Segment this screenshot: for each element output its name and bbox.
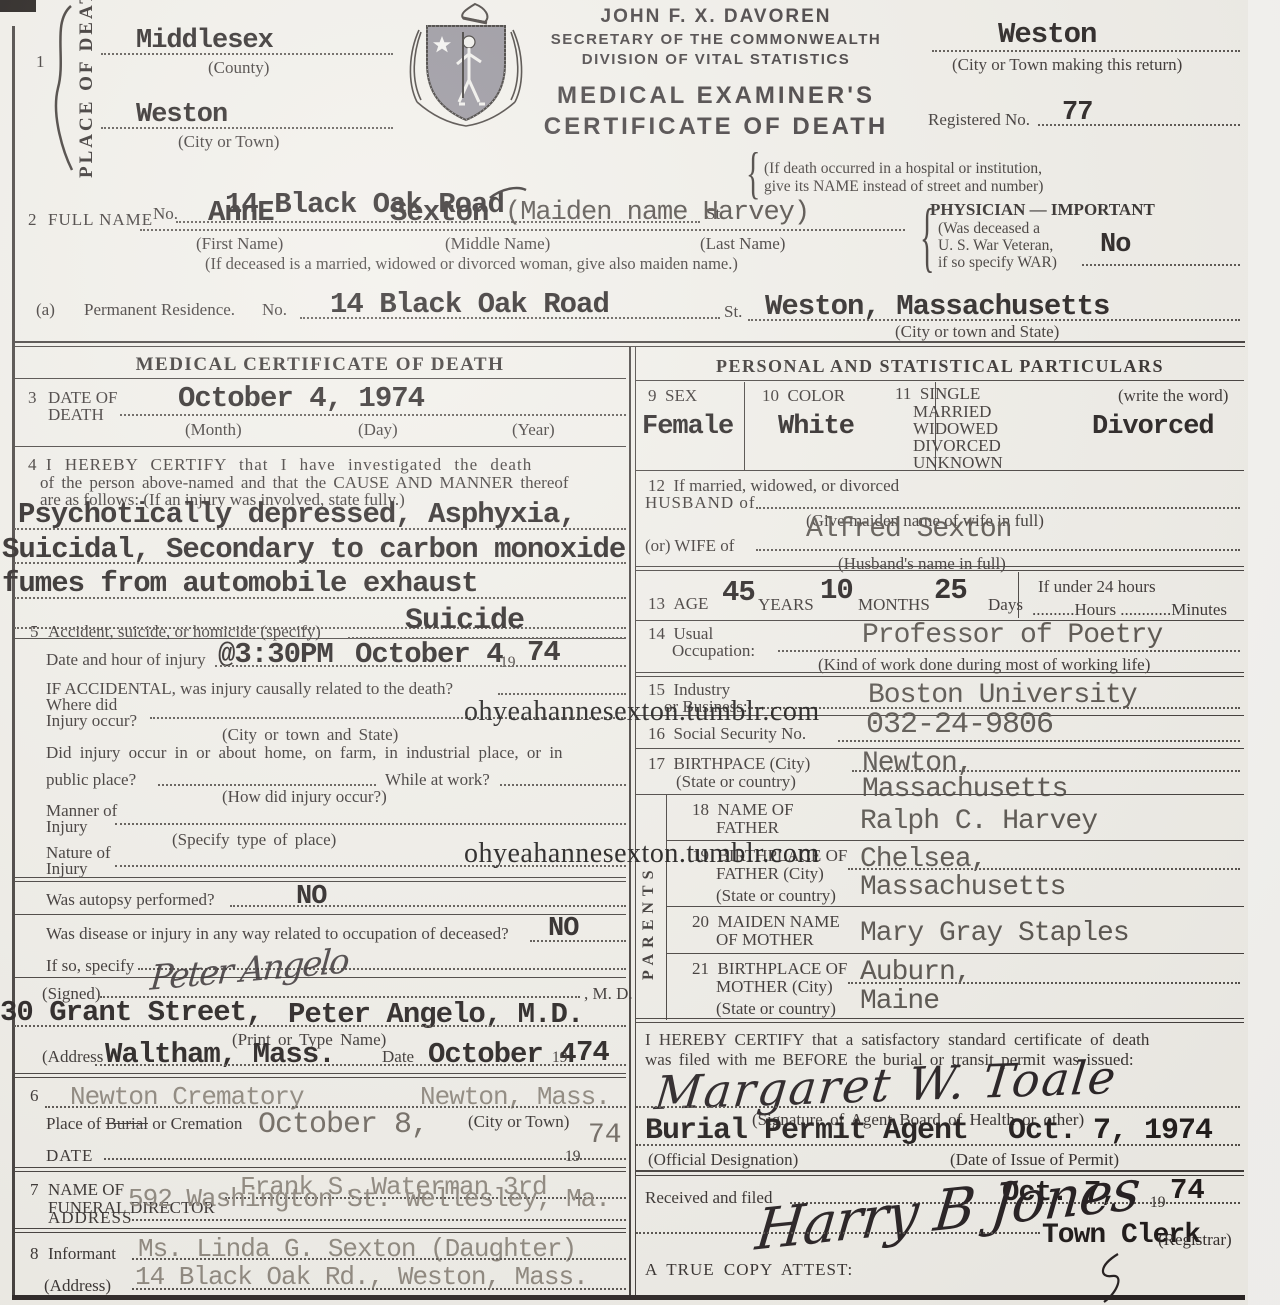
dotted-line — [530, 940, 626, 942]
funeral-address-value: 592 Washington St. Wellesley, Ma. — [128, 1184, 610, 1214]
marital-item-label: 11 SINGLE — [895, 384, 980, 404]
place-of-death-brace — [48, 4, 74, 172]
disposition-label: Place of Burial or Cremation — [46, 1114, 242, 1134]
day-label: (Day) — [358, 420, 398, 440]
dotted-line — [838, 740, 1240, 742]
rule — [14, 446, 626, 447]
city-value: Weston — [136, 100, 227, 130]
burial-struck-label: Burial — [105, 1114, 148, 1133]
registered-no-label: Registered No. — [928, 110, 1030, 130]
secretary-name: JOHN F. X. DAVOREN — [540, 6, 892, 28]
return-city-label: (City or Town making this return) — [952, 55, 1182, 75]
veteran-line1: (Was deceased a — [938, 220, 1040, 238]
marital-value: Divorced — [1092, 412, 1214, 442]
date-of-death-label2: DEATH — [48, 405, 104, 425]
cell-divider — [1018, 572, 1019, 618]
dotted-line — [498, 693, 626, 695]
occupation-value: Professor of Poetry — [862, 620, 1162, 651]
death-certificate-document: 1 PLACE OF DEATH Middlesex (County) West… — [0, 0, 1280, 1305]
maiden-hint: (If deceased is a married, widowed or di… — [205, 254, 738, 274]
months-label: MONTHS — [858, 595, 930, 615]
county-label: (County) — [208, 58, 269, 78]
dotted-line — [101, 53, 393, 55]
rule — [14, 1077, 626, 1078]
rule — [14, 877, 626, 878]
hours-minutes-label: ..........Hours ............Minutes — [1032, 600, 1227, 620]
dotted-line — [636, 1106, 1240, 1108]
public-place-label: public place? — [46, 770, 136, 790]
veteran-value: No — [1100, 230, 1130, 260]
veteran-brace: { — [920, 195, 934, 283]
funeral-label1: NAME OF — [48, 1180, 124, 1200]
month-label: (Month) — [185, 420, 242, 440]
disposition-date-label: DATE — [46, 1146, 93, 1166]
watermark-text: ohyeahannesexton.tumblr.com — [464, 838, 820, 870]
dotted-line — [300, 317, 720, 319]
autopsy-label: Was autopsy performed? — [46, 890, 215, 910]
dotted-line — [95, 1064, 626, 1066]
first-name-label: (First Name) — [196, 234, 283, 254]
mother-bp-label1: 21 BIRTHPLACE OF — [692, 959, 847, 979]
rule — [12, 341, 1245, 343]
dotted-line — [101, 127, 393, 129]
dotted-line — [132, 1219, 626, 1221]
dotted-line — [215, 665, 626, 667]
dotted-line — [104, 1158, 626, 1160]
dotted-line — [230, 905, 626, 907]
rule — [636, 672, 1244, 673]
residence-item: (a) — [36, 300, 55, 320]
parents-divider — [666, 794, 667, 1020]
husband-of-label: HUSBAND of — [645, 493, 756, 513]
division-title: DIVISION OF VITAL STATISTICS — [524, 51, 908, 68]
under24-label: If under 24 hours — [1038, 577, 1156, 597]
middle-name-label: (Middle Name) — [445, 234, 550, 254]
received-label: Received and filed — [645, 1188, 772, 1208]
rule — [636, 570, 1244, 571]
item-5-number: 5 — [30, 622, 39, 642]
full-name-label: FULL NAME — [48, 210, 153, 230]
rule — [636, 1175, 1244, 1176]
dotted-line — [140, 229, 905, 231]
while-at-work-label: While at work? — [385, 770, 490, 790]
color-value: White — [778, 412, 854, 442]
wife-of-label: (or) WIFE of — [645, 536, 734, 556]
dotted-line — [14, 562, 626, 564]
nature-line2: Injury — [46, 859, 88, 879]
birthplace-label2: (State or country) — [676, 772, 796, 792]
cause-line3: fumes from automobile exhaust — [2, 567, 478, 600]
rule — [636, 1022, 1244, 1023]
rule — [636, 566, 1244, 567]
wife-of-value: Alfred Sexton — [806, 514, 1011, 545]
rule — [14, 378, 626, 379]
residence-city-label: (City or town and State) — [895, 322, 1059, 342]
autopsy-value: NO — [296, 882, 326, 912]
birthplace-label1: 17 BIRTHPACE (City) — [648, 754, 810, 774]
rule — [636, 380, 1244, 381]
mother-value: Mary Gray Staples — [860, 918, 1129, 949]
father-label2: FATHER — [716, 818, 779, 838]
dotted-line — [132, 1288, 626, 1290]
sex-label: 9 SEX — [648, 386, 697, 406]
permit-certify-line1: I HEREBY CERTIFY that a satisfactory sta… — [645, 1030, 1149, 1050]
last-name-value: Sexton — [390, 196, 488, 229]
rule — [636, 676, 1244, 677]
birthplace-value2: Massachusetts — [862, 774, 1067, 805]
cremation-date-value: October 8, — [258, 1108, 428, 1142]
sex-value: Female — [642, 412, 733, 442]
mother-label2: OF MOTHER — [716, 930, 814, 950]
physician-signature: Peter Angelo — [149, 941, 350, 999]
dotted-line — [778, 650, 1240, 652]
place-of-label: Place of — [46, 1114, 101, 1133]
father-label1: 18 NAME OF — [692, 800, 794, 820]
item-4-number: 4 — [28, 455, 37, 475]
document-title-line2: CERTIFICATE OF DEATH — [524, 113, 908, 141]
massachusetts-state-seal — [405, 2, 527, 130]
item-6-number: 6 — [30, 1086, 39, 1106]
rule — [666, 906, 1244, 907]
address-value: Waltham, Mass. — [105, 1038, 335, 1071]
father-value: Ralph C. Harvey — [860, 806, 1097, 837]
years-label: YEARS — [758, 595, 814, 615]
accident-value: Suicide — [405, 604, 524, 638]
dotted-line — [636, 1232, 1040, 1234]
rule — [14, 1232, 626, 1233]
city-state-hint: (City or town and State) — [222, 725, 398, 745]
physician-title: PHYSICIAN — IMPORTANT — [930, 200, 1155, 220]
dotted-line — [756, 549, 1240, 551]
ssn-value: 032-24-9806 — [866, 708, 1053, 742]
cell-divider — [744, 382, 745, 470]
occupation-label2: Occupation: — [672, 641, 755, 661]
residence-st-label: St. — [724, 302, 742, 322]
street-no-label: No. — [153, 204, 178, 224]
secretary-title: SECRETARY OF THE COMMONWEALTH — [524, 31, 908, 48]
city-label: (City or Town) — [178, 132, 279, 152]
informant-label: Informant — [48, 1244, 116, 1264]
designation-label: (Official Designation) — [648, 1150, 798, 1170]
injury-date-label: Date and hour of injury — [46, 650, 206, 670]
age-months-value: 10 — [820, 574, 853, 607]
dotted-line — [636, 1144, 1240, 1146]
rule — [636, 1018, 1244, 1019]
bottom-border — [12, 1295, 1245, 1300]
dotted-line — [14, 528, 626, 530]
maiden-note-value: (Maiden name Harvey) — [505, 198, 809, 228]
occupation-related-label: Was disease or injury in any way related… — [46, 924, 509, 944]
dotted-line — [14, 1025, 626, 1027]
rule — [666, 953, 1244, 954]
date-of-death-value: October 4, 1974 — [178, 382, 424, 415]
city-town-hint: (City or Town) — [468, 1112, 569, 1132]
hospital-note-line2: give its NAME instead of street and numb… — [764, 178, 1043, 196]
funeral-address-label: ADDRESS — [48, 1208, 132, 1228]
manner-line2: Injury — [46, 817, 88, 837]
father-bp-label3: (State or country) — [716, 886, 836, 906]
md-suffix: , M. D. — [584, 984, 633, 1004]
item-8-number: 8 — [30, 1244, 39, 1264]
registrar-label: (Registrar) — [1158, 1230, 1232, 1250]
last-name-label: (Last Name) — [700, 234, 785, 254]
year-label: (Year) — [512, 420, 555, 440]
item-3-number: 3 — [28, 388, 37, 408]
permit-date-value: Oct. 7, 1974 — [1008, 1114, 1212, 1148]
father-bp-value1: Chelsea, — [860, 844, 986, 875]
rule — [14, 1073, 626, 1074]
cause-line1: Psychotically depressed, Asphyxia, — [18, 498, 576, 531]
mother-bp-value2: Maine — [860, 986, 939, 1017]
informant-address-label: (Address) — [44, 1276, 111, 1296]
left-border — [12, 26, 15, 1300]
dotted-line — [14, 597, 626, 599]
certify-line1: I HEREBY CERTIFY that I have investigate… — [46, 455, 532, 475]
husband-hint: (Husband's name in full) — [838, 554, 1006, 574]
rule — [636, 1170, 1244, 1172]
dotted-line — [756, 507, 1240, 509]
veteran-line3: if so specify WAR) — [938, 254, 1057, 272]
age-label: 13 AGE — [648, 594, 708, 614]
rule — [14, 1167, 626, 1168]
if-so-label: If so, specify — [46, 956, 134, 976]
dotted-line — [932, 50, 1240, 52]
or-cremation-label: or Cremation — [152, 1114, 242, 1133]
dotted-line — [1038, 124, 1240, 126]
designation-value: Burial Permit Agent — [645, 1114, 968, 1148]
did-injury-line: Did injury occur in or about home, on fa… — [46, 743, 563, 763]
first-name-value: AnnE — [208, 196, 274, 229]
mother-bp-label2: MOTHER (City) — [716, 977, 833, 997]
mother-label1: 20 MAIDEN NAME — [692, 912, 840, 932]
dotted-line — [1082, 264, 1240, 266]
place-of-death-label: PLACE OF DEATH — [76, 0, 98, 178]
item-2-number: 2 — [28, 210, 37, 230]
disposition-year-prefix: 19 — [565, 1148, 581, 1166]
dotted-line — [852, 770, 1240, 772]
injury-year-prefix: 19 — [500, 654, 516, 672]
rule — [14, 914, 626, 915]
age-years-value: 45 — [722, 576, 755, 609]
hospital-note-line1: (If death occurred in a hospital or inst… — [764, 160, 1042, 178]
attest-label: A TRUE COPY ATTEST: — [645, 1260, 853, 1280]
cremation-year-value: 74 — [588, 1120, 622, 1151]
column-divider — [629, 346, 631, 1296]
rule — [636, 470, 1244, 471]
rule — [14, 1228, 626, 1229]
column-divider — [635, 346, 636, 1296]
item-7-number: 7 — [30, 1180, 39, 1200]
residence-label: Permanent Residence. — [84, 300, 235, 320]
veteran-line2: U. S. War Veteran, — [938, 237, 1053, 255]
document-title-line1: MEDICAL EXAMINER'S — [524, 82, 908, 110]
residence-no-label: No. — [262, 300, 287, 320]
color-label: 10 COLOR — [762, 386, 845, 406]
dotted-line — [748, 319, 1240, 321]
scan-corner — [0, 0, 36, 12]
rule — [636, 794, 1244, 795]
medical-section-title: MEDICAL CERTIFICATE OF DEATH — [14, 354, 626, 376]
type-place-hint: (Specify type of place) — [172, 830, 336, 850]
dotted-line — [500, 784, 626, 786]
dotted-line — [115, 823, 626, 825]
dotted-line — [158, 784, 376, 786]
dotted-line — [132, 1258, 626, 1260]
item-1-number: 1 — [36, 52, 45, 72]
father-bp-value2: Massachusetts — [860, 872, 1065, 903]
age-days-value: 25 — [934, 574, 967, 607]
right-margin — [1248, 0, 1280, 1305]
marital-hint: (write the word) — [1118, 386, 1228, 406]
mother-bp-label3: (State or country) — [716, 999, 836, 1019]
dotted-line — [120, 414, 626, 416]
watermark-text: ohyeahannesexton.tumblr.com — [464, 696, 820, 728]
dotted-line — [848, 982, 1240, 984]
return-city-value: Weston — [998, 18, 1096, 51]
how-injury-hint: (How did injury occur?) — [222, 787, 387, 807]
personal-section-title: PERSONAL AND STATISTICAL PARTICULARS — [636, 356, 1244, 377]
county-value: Middlesex — [136, 26, 273, 56]
dotted-line — [848, 868, 1240, 870]
where-line2: Injury occur? — [46, 711, 137, 731]
